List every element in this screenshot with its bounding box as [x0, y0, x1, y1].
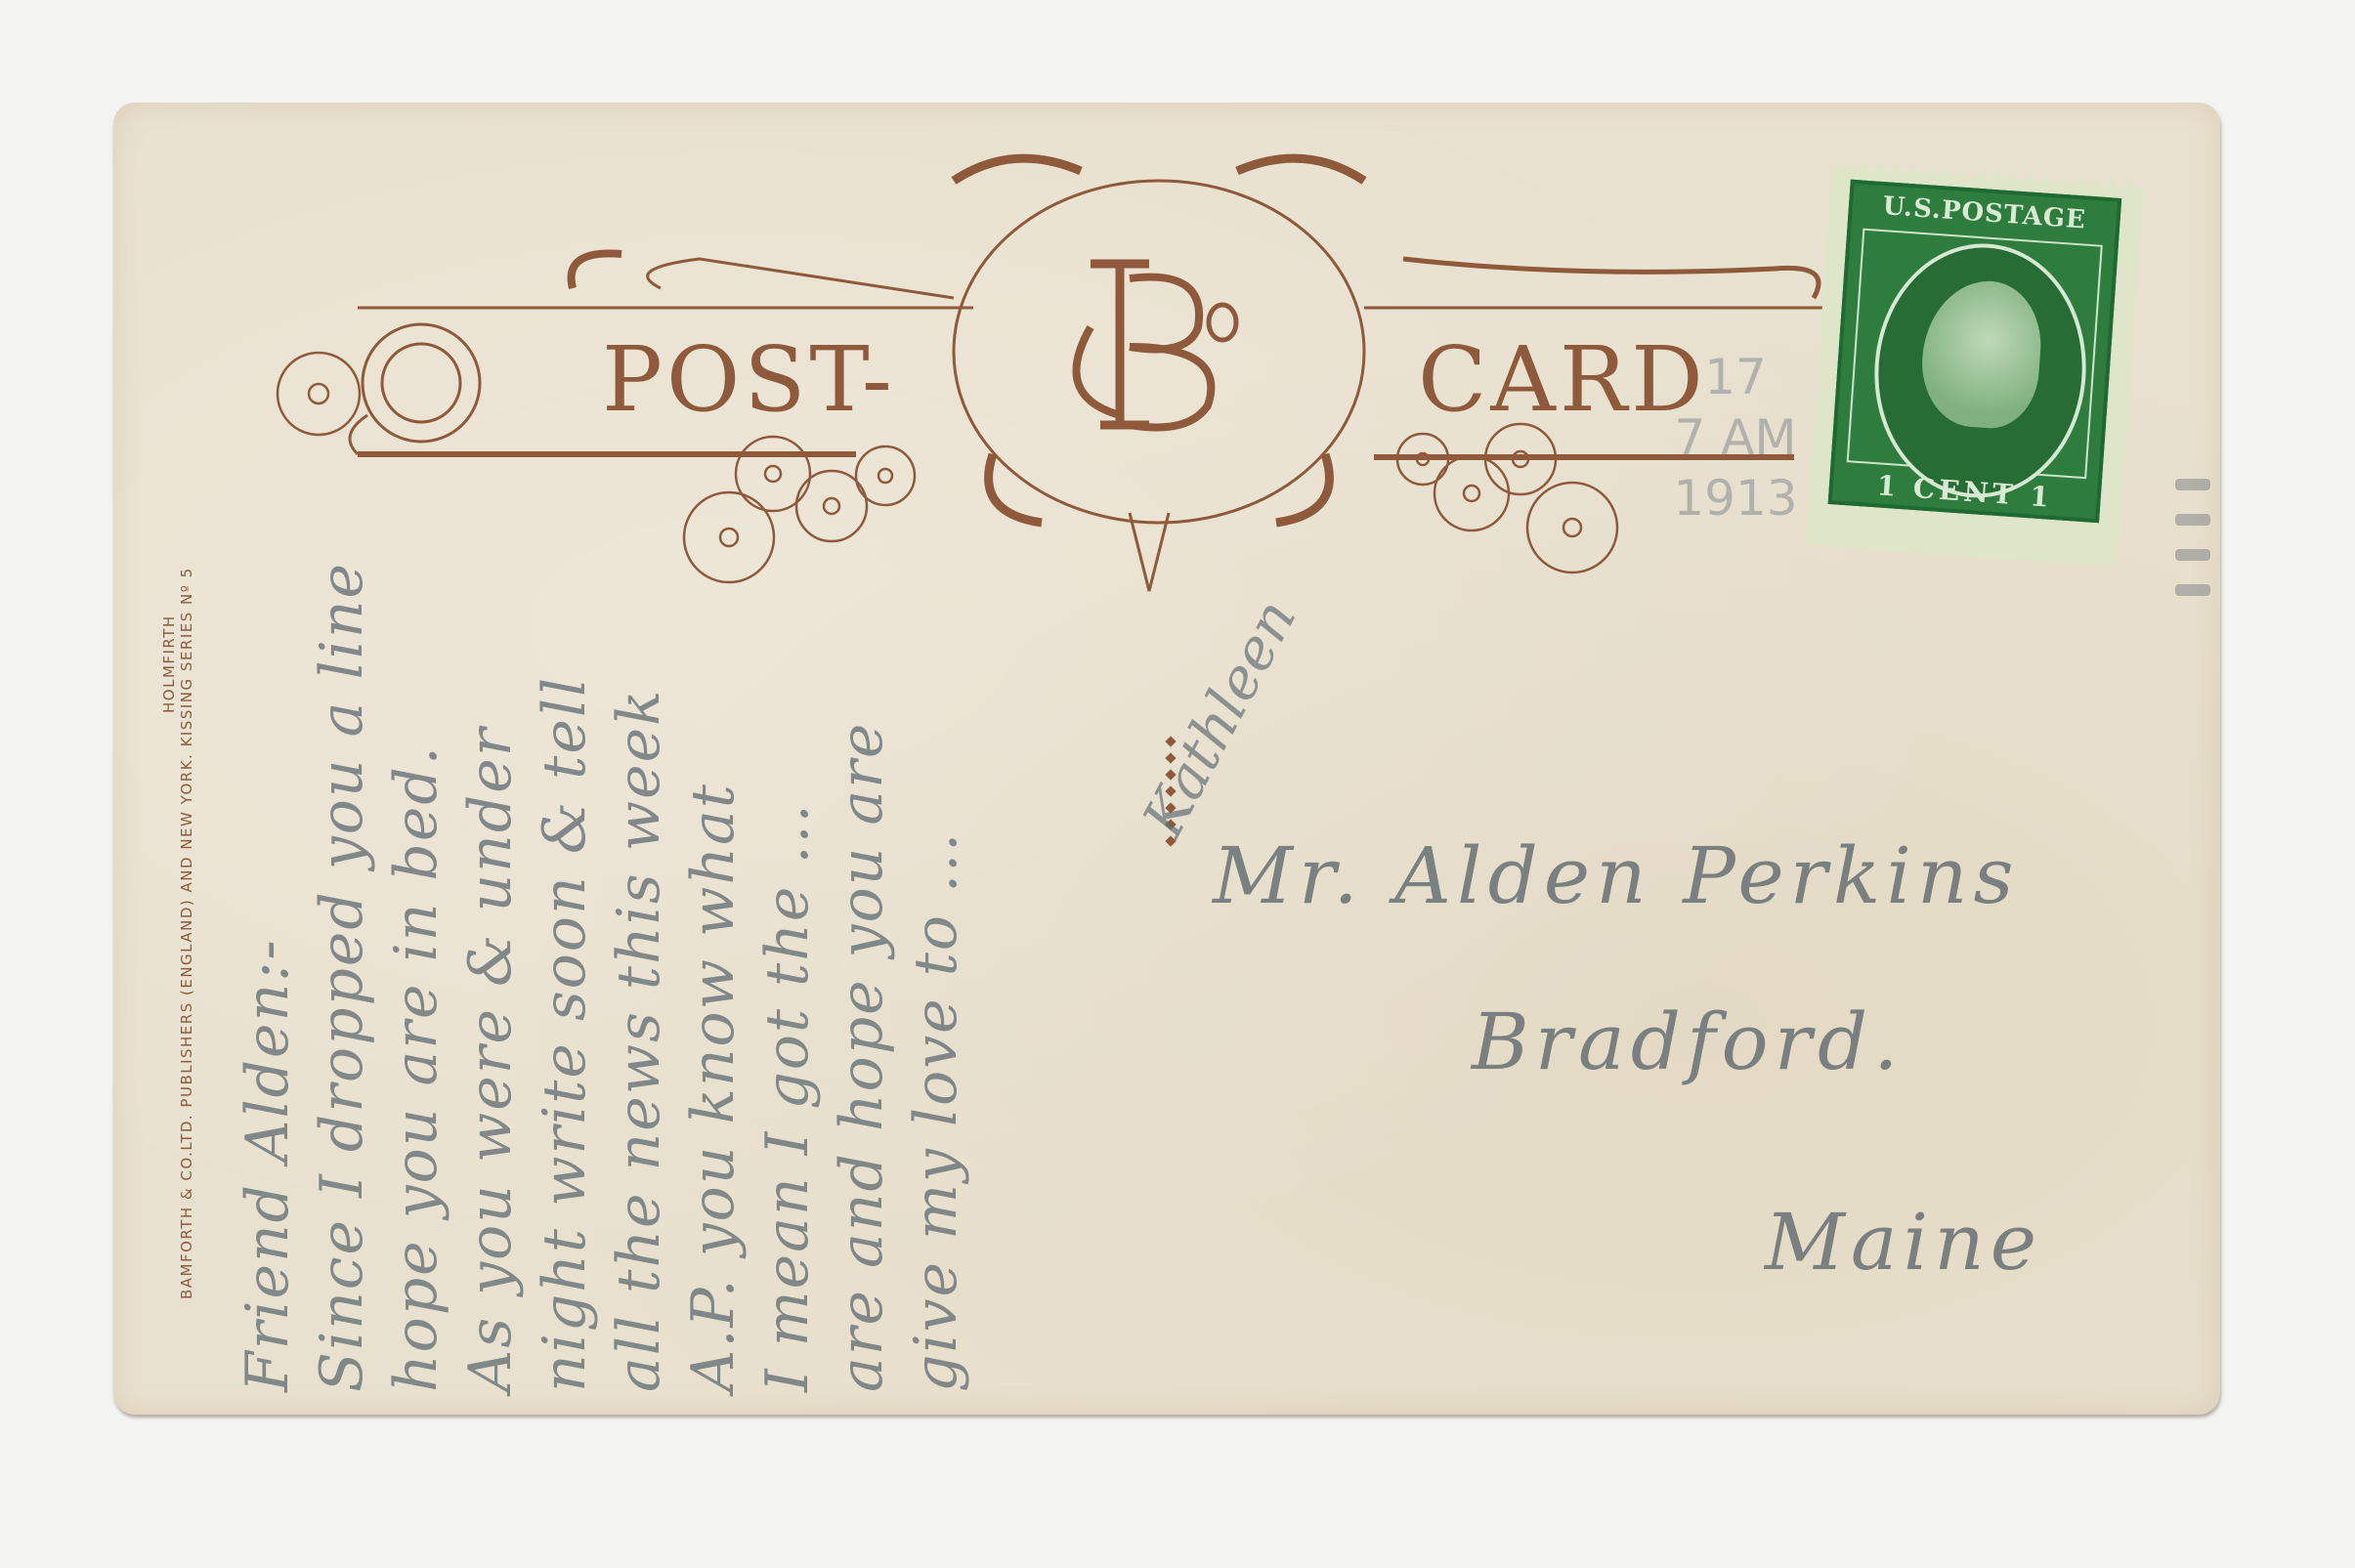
address-name: Mr. Alden Perkins — [1213, 830, 2020, 921]
message-line: give my love to ... — [899, 200, 973, 1392]
address-city: Bradford. — [1472, 996, 1905, 1087]
postmark: 17 7 AM 1913 — [1638, 347, 1833, 529]
handwritten-message: Friend Alden:- Since I dropped you a lin… — [231, 200, 973, 1392]
postmark-day: 17 — [1638, 347, 1833, 407]
message-line: hope you are in bed. — [379, 200, 453, 1392]
message-line: Friend Alden:- — [231, 200, 305, 1392]
postcard: HOLMFIRTH BAMFORTH & CO.LTD. PUBLISHERS … — [113, 103, 2220, 1415]
message-line: Since I dropped you a line — [305, 200, 379, 1392]
message-line: I mean I got the ... — [750, 200, 825, 1392]
postage-stamp: U.S.POSTAGE 1 CENT 1 — [1806, 160, 2145, 567]
message-line: A.P. you know what — [676, 200, 750, 1392]
cancellation-bars — [2175, 479, 2210, 619]
message-line: As you were & under — [453, 200, 528, 1392]
message-line: night write soon & tell — [528, 200, 602, 1392]
message-line: all the news this week — [602, 200, 676, 1392]
postmark-time: 7 AM — [1638, 407, 1833, 468]
postmark-year: 1913 — [1638, 468, 1833, 529]
address-state: Maine — [1765, 1197, 2042, 1288]
stamp-face: U.S.POSTAGE 1 CENT 1 — [1828, 180, 2122, 524]
message-line: are and hope you are — [825, 200, 899, 1392]
